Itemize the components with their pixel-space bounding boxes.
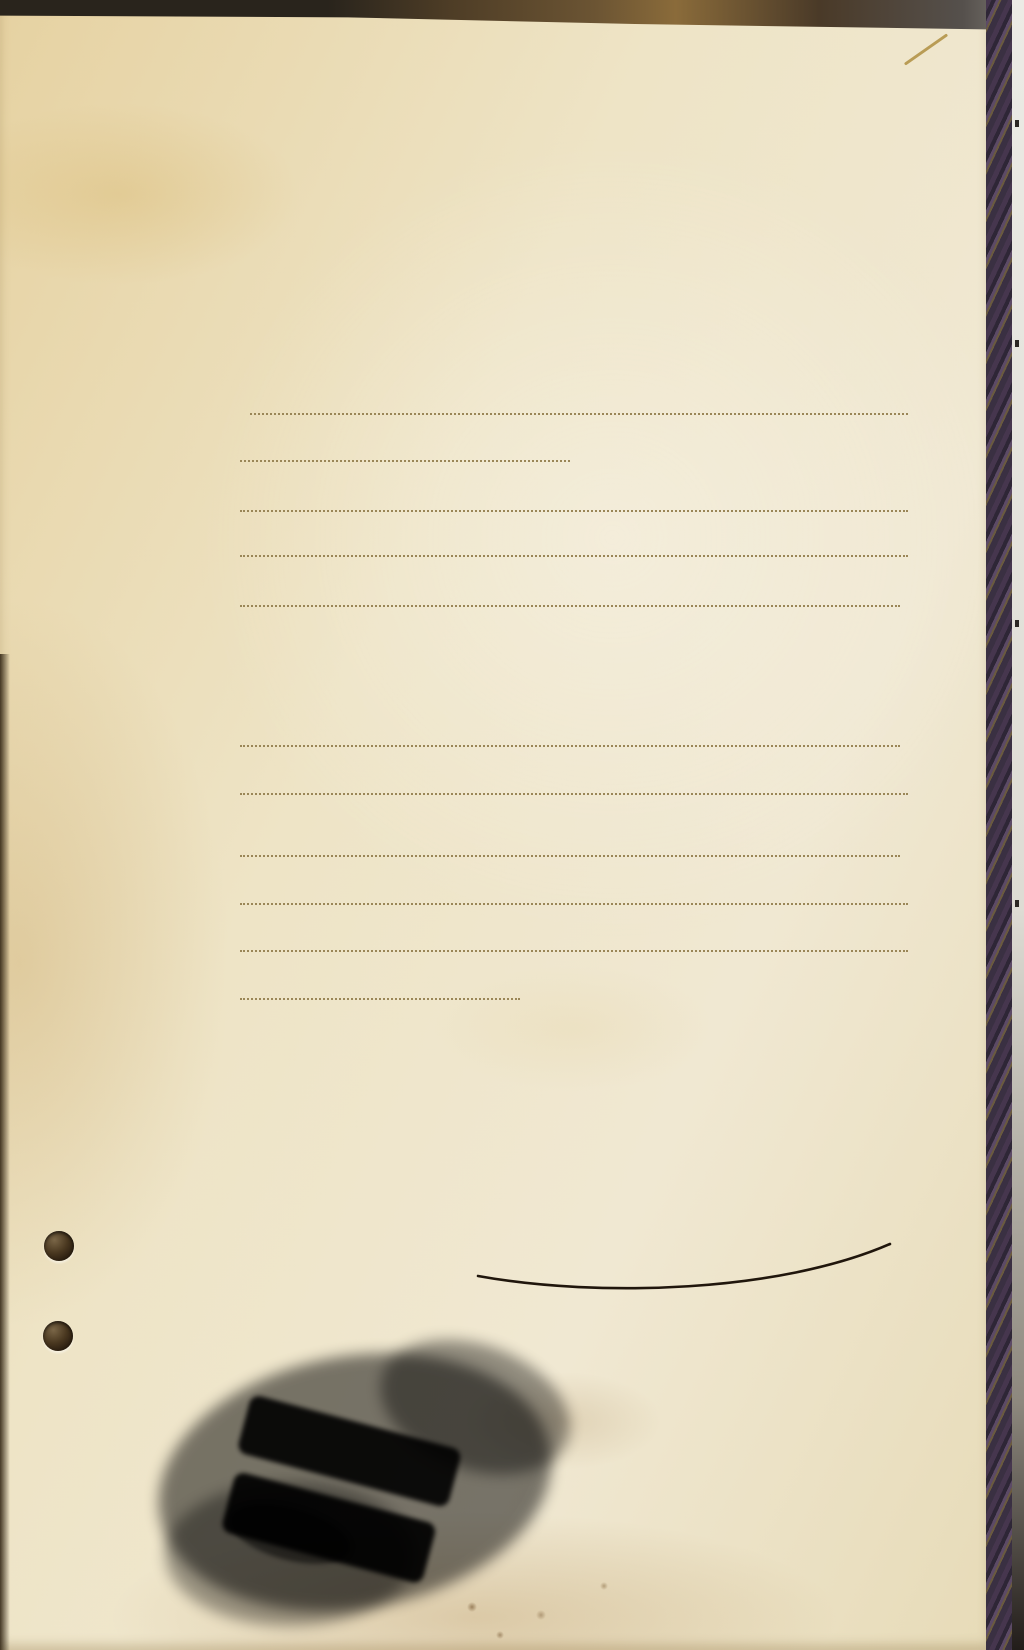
wax-paper-seal	[140, 1292, 600, 1650]
fill-line	[240, 869, 908, 905]
fill-line	[240, 916, 908, 952]
straw-scratch-mark	[904, 33, 948, 65]
form-line	[240, 607, 908, 652]
fill-line	[240, 711, 900, 747]
form-line	[240, 747, 908, 795]
form-line	[240, 952, 908, 1000]
fill-line	[250, 379, 908, 415]
fill-line	[240, 964, 520, 1000]
fill-line	[240, 759, 908, 795]
signature-flourish	[470, 1234, 910, 1294]
form-line	[240, 462, 908, 512]
form-line	[240, 512, 908, 557]
form-line	[240, 795, 908, 857]
form-line	[240, 1000, 908, 1055]
form-line	[240, 1102, 908, 1150]
form-line	[240, 857, 908, 905]
scan-outer-edge	[1012, 0, 1024, 1650]
form-line	[240, 905, 908, 952]
form-line	[240, 652, 908, 702]
paper-page	[0, 14, 991, 1650]
fill-line	[240, 521, 908, 557]
fill-line	[240, 571, 900, 607]
form-line	[240, 359, 908, 415]
binding-hole-top	[44, 1231, 74, 1261]
book-cover-marbled-edge	[986, 0, 1013, 1650]
fill-line	[240, 821, 900, 857]
binding-hole-bottom	[43, 1321, 73, 1351]
fill-line	[240, 426, 570, 462]
left-edge-shadow	[0, 654, 10, 1650]
form-line	[240, 702, 908, 747]
fill-line	[240, 476, 908, 512]
form-line	[240, 1055, 908, 1102]
form-line	[240, 415, 908, 462]
printed-form	[240, 359, 908, 1200]
form-line	[240, 557, 908, 607]
